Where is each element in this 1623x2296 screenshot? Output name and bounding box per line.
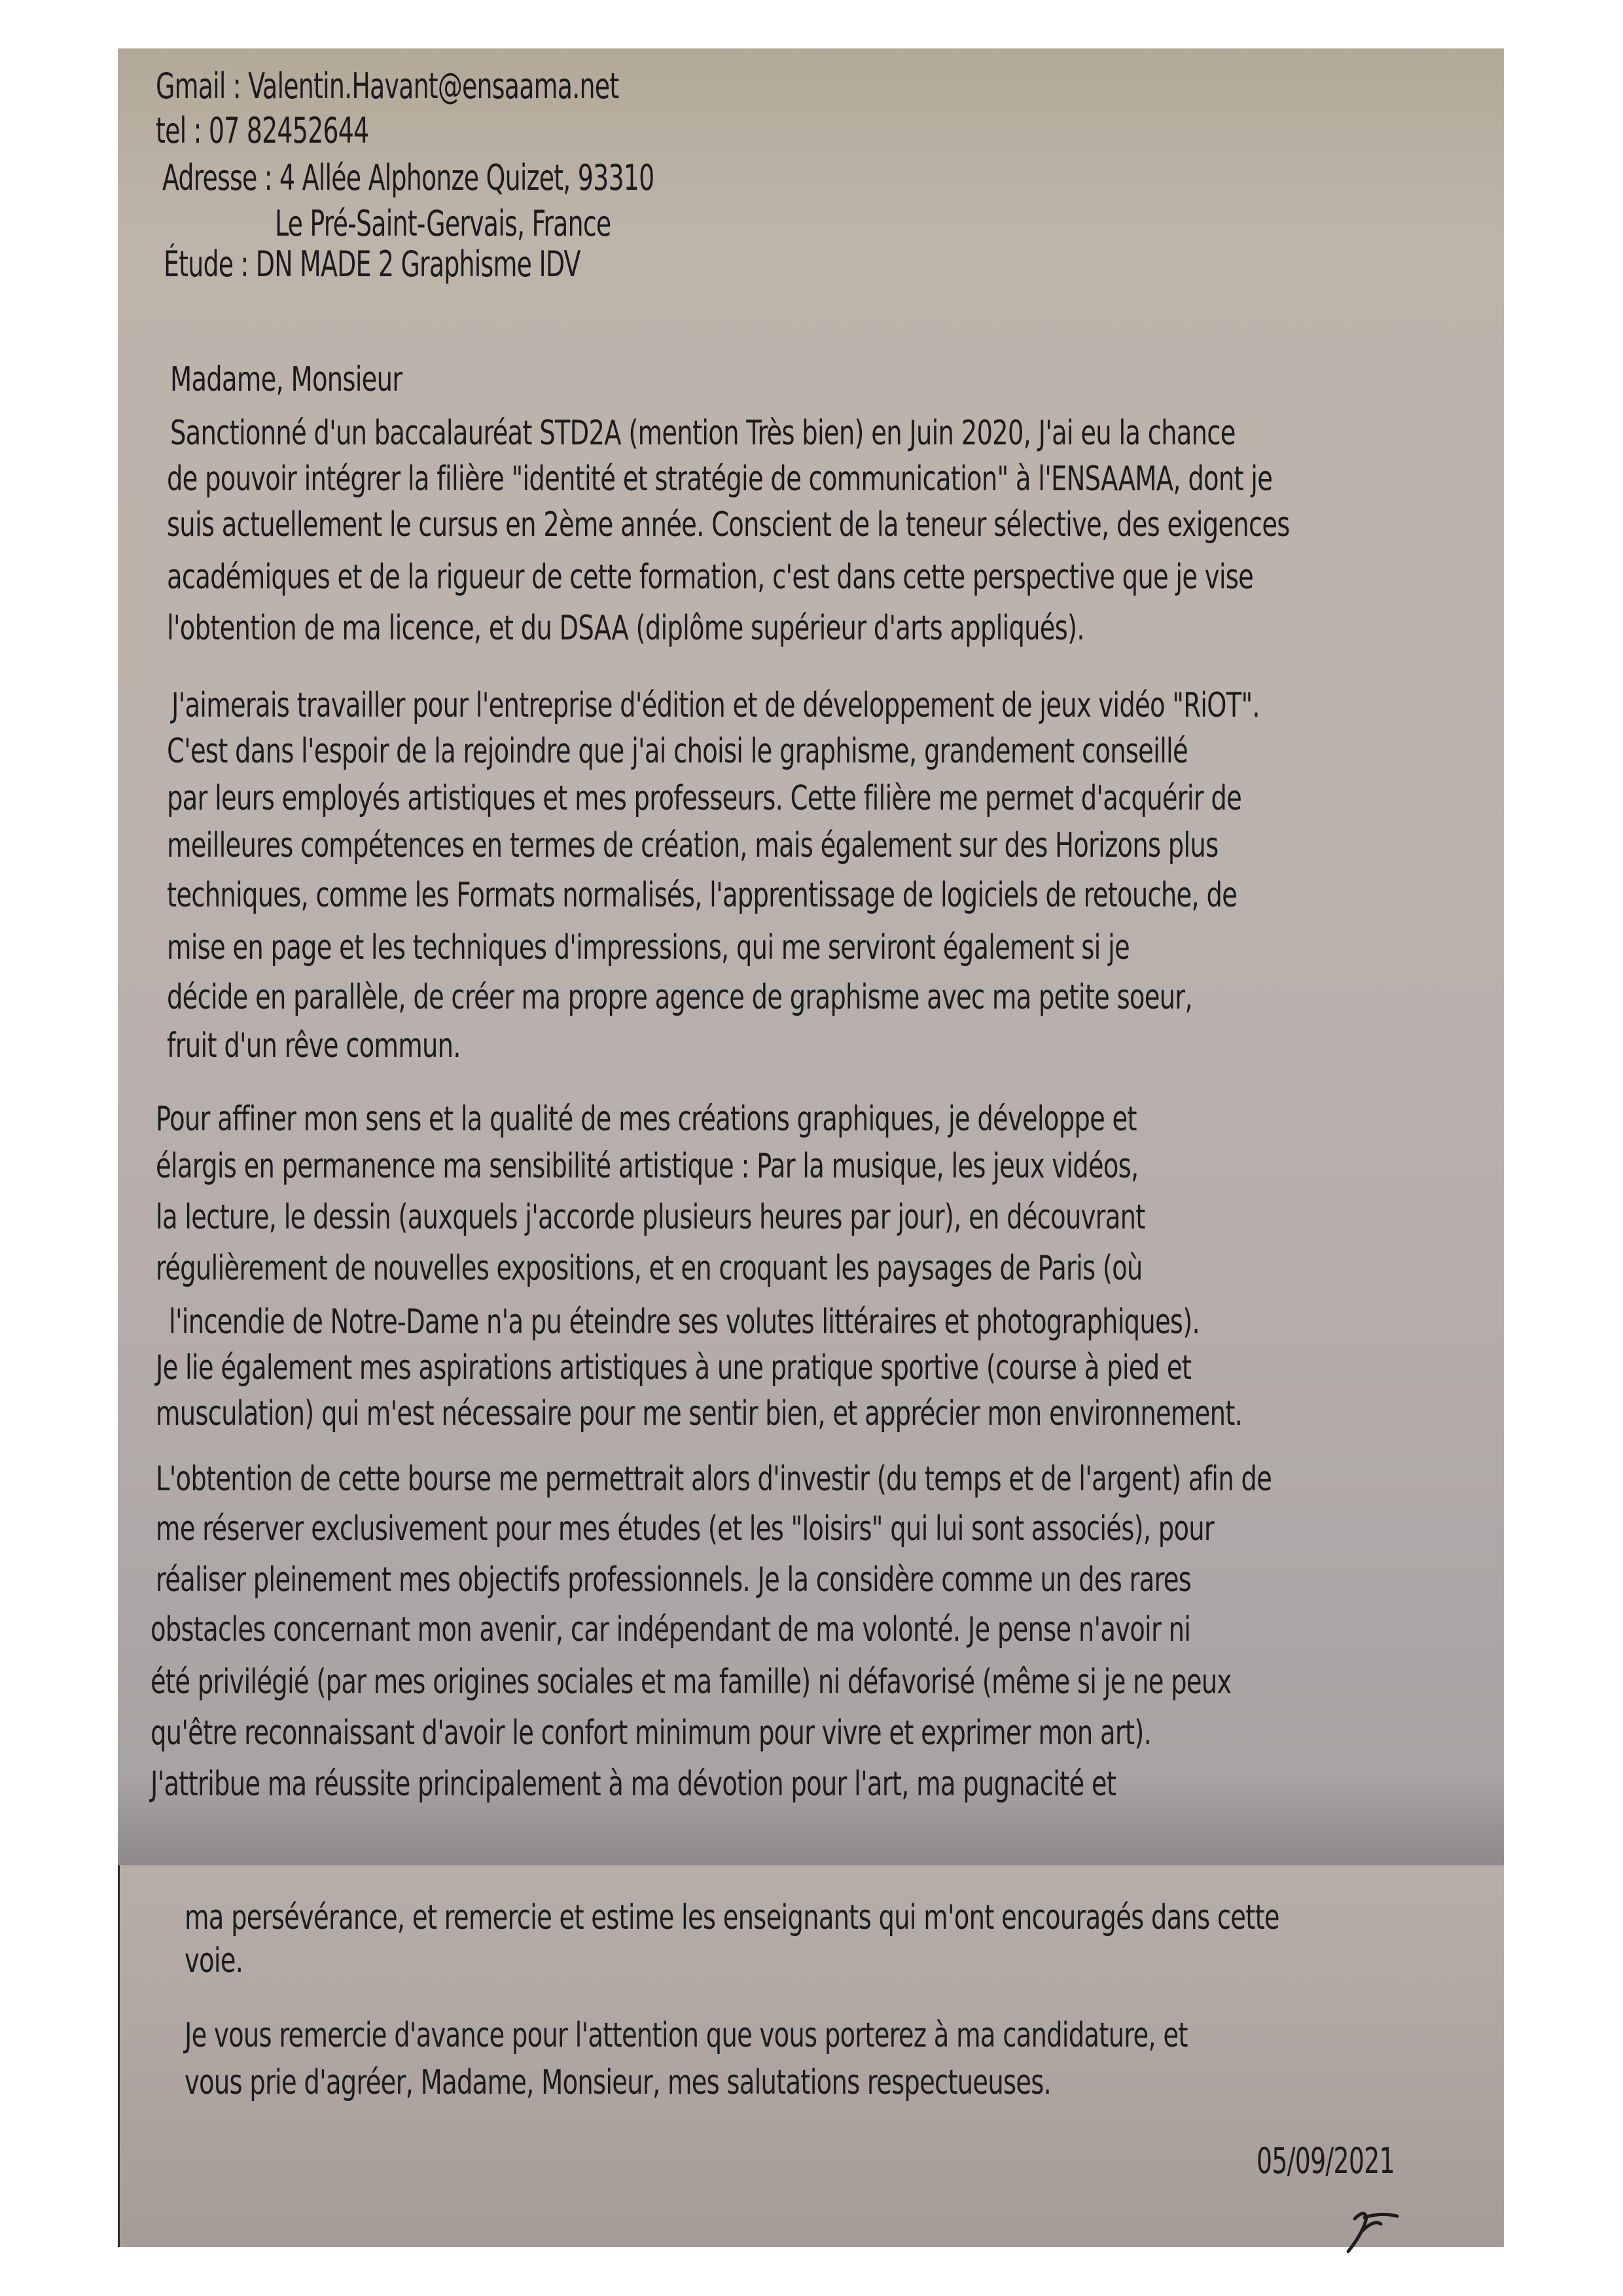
salutation: Madame, Monsieur	[170, 360, 402, 399]
paragraph-2-line-4: meilleures compétences en termes de créa…	[167, 826, 1218, 865]
paragraph-2-line-7: décide en parallèle, de créer ma propre …	[167, 978, 1192, 1017]
header-study-line: Étude : DN MADE 2 Graphisme IDV	[164, 243, 580, 285]
paragraph-3-line-3: la lecture, le dessin (auxquels j'accord…	[156, 1198, 1145, 1237]
header-address-line-2: Le Pré-Saint-Gervais, France	[275, 203, 611, 244]
study-label: Étude :	[164, 243, 249, 285]
paragraph-3-line-4: régulièrement de nouvelles expositions, …	[156, 1249, 1143, 1288]
paragraph-3-line-5: l'incendie de Notre-Dame n'a pu éteindre…	[169, 1302, 1200, 1342]
header-tel-line: tel : 07 82452644	[156, 110, 368, 151]
paragraph-4-line-4: obstacles concernant mon avenir, car ind…	[151, 1610, 1190, 1649]
paragraph-3-line-7: musculation) qui m'est nécessaire pour m…	[156, 1394, 1242, 1433]
paragraph-2-line-8: fruit d'un rêve commun.	[167, 1026, 461, 1066]
paragraph-1-line-2: de pouvoir intégrer la filière "identité…	[167, 459, 1272, 499]
address-label: Adresse :	[162, 157, 272, 198]
paragraph-4-line-9: voie.	[185, 1941, 243, 1981]
tel-value: 07 82452644	[209, 110, 368, 151]
paragraph-4-line-5: été privilégié (par mes origines sociale…	[151, 1662, 1231, 1702]
paragraph-4-line-8: ma persévérance, et remercie et estime l…	[185, 1898, 1279, 1937]
paragraph-4-line-3: réaliser pleinement mes objectifs profes…	[156, 1560, 1191, 1600]
paragraph-2-line-5: techniques, comme les Formats normalisés…	[167, 876, 1237, 915]
paragraph-4-line-1: L'obtention de cette bourse me permettra…	[156, 1460, 1272, 1499]
email-label: Gmail :	[156, 65, 241, 107]
letter-date: 05/09/2021	[1257, 2140, 1395, 2181]
header-email-line: Gmail : Valentin.Havant@ensaama.net	[156, 65, 618, 107]
header-address-line-1: Adresse : 4 Allée Alphonze Quizet, 93310	[162, 157, 654, 198]
tel-label: tel :	[156, 110, 202, 151]
paragraph-2-line-1: J'aimerais travailler pour l'entreprise …	[171, 686, 1260, 725]
paragraph-3-line-1: Pour affiner mon sens et la qualité de m…	[156, 1100, 1137, 1139]
address-line-1: 4 Allée Alphonze Quizet, 93310	[279, 157, 654, 198]
study-value: DN MADE 2 Graphisme IDV	[256, 243, 580, 285]
paragraph-2-line-2: C'est dans l'espoir de la rejoindre que …	[167, 732, 1188, 771]
paragraph-1-line-5: l'obtention de ma licence, et du DSAA (d…	[167, 609, 1084, 648]
email-value: Valentin.Havant@ensaama.net	[248, 65, 618, 107]
paragraph-1-line-3: suis actuellement le cursus en 2ème anné…	[167, 505, 1290, 545]
paragraph-2-line-6: mise en page et les techniques d'impress…	[167, 928, 1130, 967]
paragraph-2-line-3: par leurs employés artistiques et mes pr…	[167, 779, 1241, 818]
paragraph-1-line-1: Sanctionné d'un baccalauréat STD2A (ment…	[170, 414, 1236, 453]
signature-icon	[1335, 2199, 1414, 2265]
address-line-2: Le Pré-Saint-Gervais, France	[275, 203, 611, 244]
paragraph-4-line-7: J'attribue ma réussite principalement à …	[151, 1765, 1116, 1804]
paragraph-4-line-6: qu'être reconnaissant d'avoir le confort…	[151, 1713, 1151, 1753]
paragraph-3-line-6: Je lie également mes aspirations artisti…	[156, 1348, 1191, 1388]
paragraph-1-line-4: académiques et de la rigueur de cette fo…	[167, 558, 1253, 597]
paragraph-4-line-2: me réserver exclusivement pour mes étude…	[156, 1509, 1214, 1549]
paragraph-5-line-1: Je vous remercie d'avance pour l'attenti…	[185, 2016, 1188, 2055]
paragraph-5-line-2: vous prie d'agréer, Madame, Monsieur, me…	[185, 2063, 1051, 2102]
paragraph-3-line-2: élargis en permanence ma sensibilité art…	[156, 1147, 1138, 1186]
